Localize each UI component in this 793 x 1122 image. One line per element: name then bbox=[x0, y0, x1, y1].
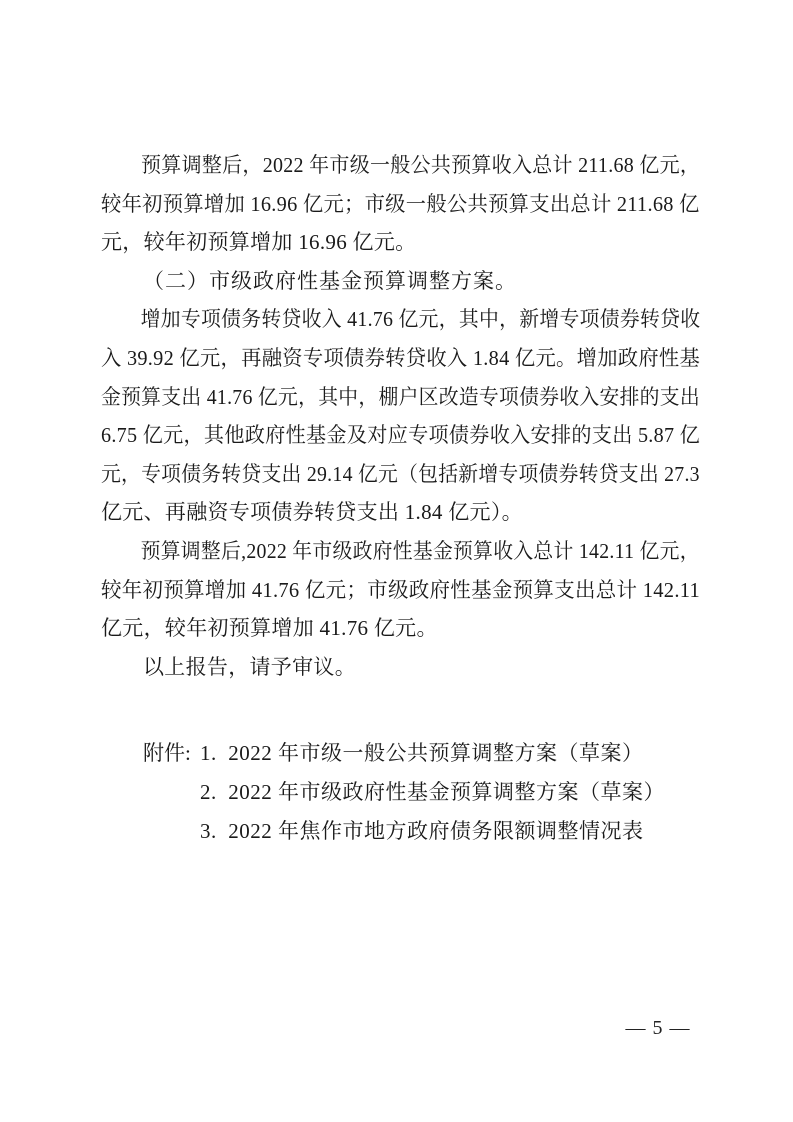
document-body: 预算调整后，2022 年市级一般公共预算收入总计 211.68 亿元，较年初预算… bbox=[101, 146, 700, 851]
paragraph-line: 元，专项债务转贷支出 29.14 亿元（包括新增专项债券转贷支出 27.3 bbox=[101, 455, 665, 494]
attachment-label: 附件: bbox=[143, 734, 200, 773]
paragraph-line: 入 39.92 亿元，再融资专项债券转贷收入 1.84 亿元。增加政府性基 bbox=[101, 339, 680, 378]
paragraph-line: 亿元、再融资专项债券转贷支出 1.84 亿元）。 bbox=[101, 493, 700, 532]
paragraph-line: 元，较年初预算增加 16.96 亿元。 bbox=[101, 223, 700, 262]
paragraph-line: 预算调整后,2022 年市级政府性基金预算收入总计 142.11 亿元， bbox=[101, 532, 666, 571]
paragraph-line: 以上报告，请予审议。 bbox=[101, 648, 700, 687]
paragraph-line: 预算调整后，2022 年市级一般公共预算收入总计 211.68 亿元， bbox=[101, 146, 671, 185]
attachment-row: 附件: 1. 2022 年市级一般公共预算调整方案（草案） bbox=[143, 734, 700, 773]
attachment-item: 3. 2022 年焦作市地方政府债务限额调整情况表 bbox=[200, 812, 644, 851]
page-number-text: — 5 — bbox=[626, 1017, 691, 1039]
paragraph-line: 6.75 亿元，其他政府性基金及对应专项债券收入安排的支出 5.87 亿 bbox=[101, 416, 675, 455]
attachment-label bbox=[143, 812, 200, 851]
attachment-list: 附件: 1. 2022 年市级一般公共预算调整方案（草案）2. 2022 年市级… bbox=[101, 734, 700, 850]
attachment-item: 2. 2022 年市级政府性基金预算调整方案（草案） bbox=[200, 773, 665, 812]
paragraph-line: 较年初预算增加 41.76 亿元；市级政府性基金预算支出总计 142.11 bbox=[101, 571, 685, 610]
attachment-row: 2. 2022 年市级政府性基金预算调整方案（草案） bbox=[143, 773, 700, 812]
document-page: 预算调整后，2022 年市级一般公共预算收入总计 211.68 亿元，较年初预算… bbox=[0, 0, 793, 1122]
paragraph-line: 较年初预算增加 16.96 亿元；市级一般公共预算支出总计 211.68 亿 bbox=[101, 185, 680, 224]
attachment-item: 1. 2022 年市级一般公共预算调整方案（草案） bbox=[200, 734, 644, 773]
attachment-label bbox=[143, 773, 200, 812]
section-heading-line: （二）市级政府性基金预算调整方案。 bbox=[101, 262, 700, 301]
attachment-row: 3. 2022 年焦作市地方政府债务限额调整情况表 bbox=[143, 812, 700, 851]
page-number: — 5 — bbox=[622, 1016, 694, 1040]
paragraph-line: 增加专项债务转贷收入 41.76 亿元，其中，新增专项债券转贷收 bbox=[101, 300, 667, 339]
paragraph-line: 亿元，较年初预算增加 41.76 亿元。 bbox=[101, 609, 700, 648]
paragraph-line: 金预算支出 41.76 亿元，其中，棚户区改造专项债券收入安排的支出 bbox=[101, 378, 666, 417]
